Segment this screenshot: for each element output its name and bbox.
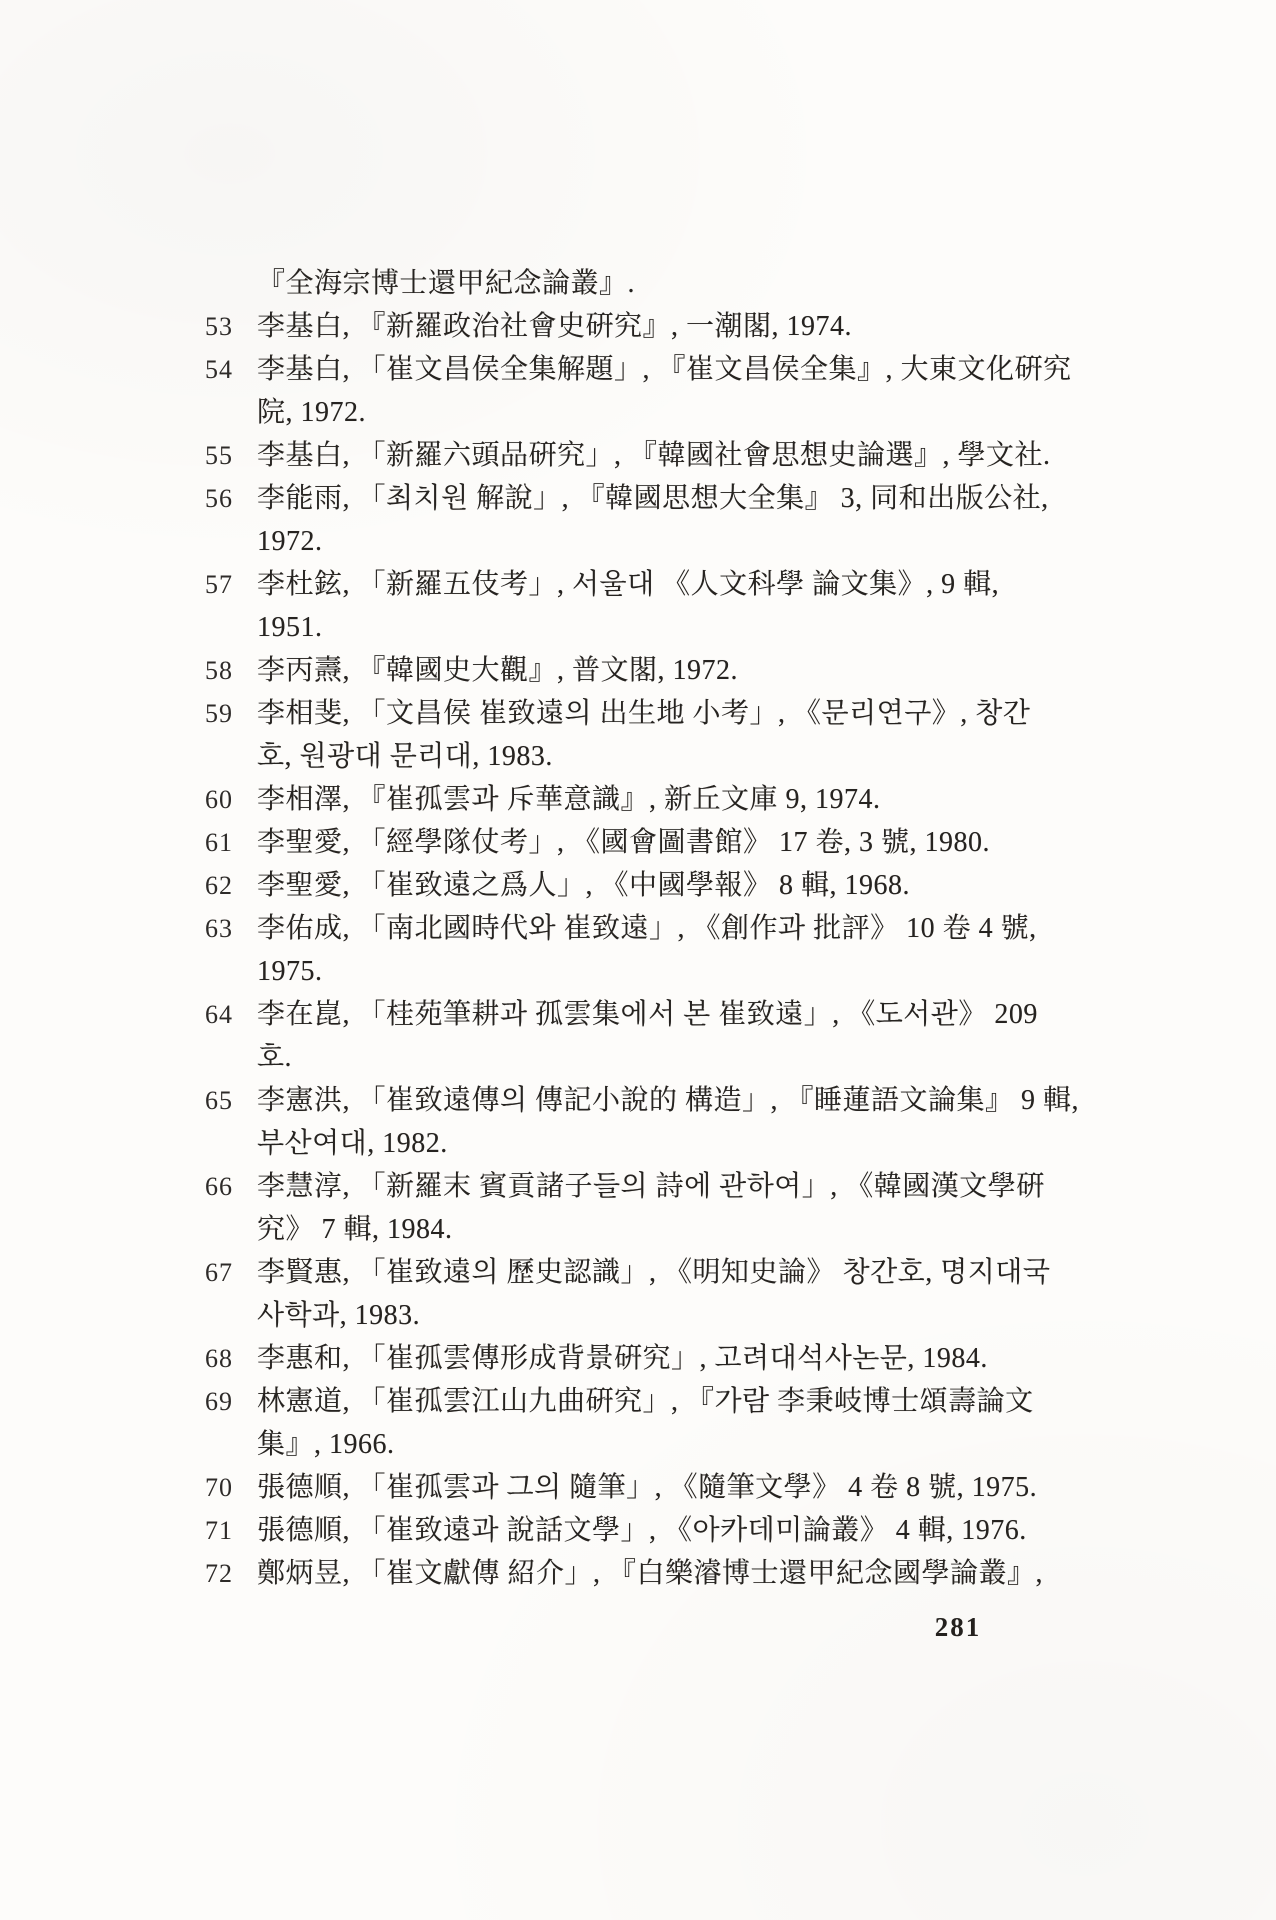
entry-line: 李在崑, 「桂苑筆耕과 孤雲集에서 본 崔致遠」, 《도서관》 209 xyxy=(257,993,1125,1036)
bibliography-entry: 60 李相澤, 『崔孤雲과 斥華意識』, 新丘文庫 9, 1974. xyxy=(205,778,1125,821)
entry-text: 李相澤, 『崔孤雲과 斥華意識』, 新丘文庫 9, 1974. xyxy=(257,778,1125,821)
entry-number: 70 xyxy=(205,1466,257,1509)
entry-text: 李相斐, 「文昌侯 崔致遠의 出生地 小考」, 《문리연구》, 창간호, 원광대… xyxy=(257,692,1125,778)
entry-line: 1975. xyxy=(257,950,1125,993)
entry-line: 『全海宗博士還甲紀念論叢』. xyxy=(257,262,1125,305)
entry-line: 1972. xyxy=(257,520,1125,563)
entry-line: 李基白, 「新羅六頭品硏究」, 『韓國社會思想史論選』, 學文社. xyxy=(257,434,1125,477)
entry-line: 李相澤, 『崔孤雲과 斥華意識』, 新丘文庫 9, 1974. xyxy=(257,778,1125,821)
entry-text: 李慧淳, 「新羅末 賓貢諸子들의 詩에 관하여」, 《韓國漢文學硏究》 7 輯,… xyxy=(257,1165,1125,1251)
entry-line: 鄭炳昱, 「崔文獻傳 紹介」, 『白樂濬博士還甲紀念國學論叢』, xyxy=(257,1552,1125,1595)
entry-line: 院, 1972. xyxy=(257,391,1125,434)
bibliography-entry: 59 李相斐, 「文昌侯 崔致遠의 出生地 小考」, 《문리연구》, 창간호, … xyxy=(205,692,1125,778)
entry-number: 58 xyxy=(205,649,257,692)
entry-number: 53 xyxy=(205,305,257,348)
bibliography-entry: 71 張德順, 「崔致遠과 說話文學」, 《아카데미論叢》 4 輯, 1976. xyxy=(205,1509,1125,1552)
bibliography-entry: 56 李能雨, 「최치원 解說」, 『韓國思想大全集』 3, 同和出版公社,19… xyxy=(205,477,1125,563)
entry-line: 究》 7 輯, 1984. xyxy=(257,1208,1125,1251)
entry-text: 張德順, 「崔孤雲과 그의 隨筆」, 《隨筆文學》 4 卷 8 號, 1975. xyxy=(257,1466,1125,1509)
entry-text: 張德順, 「崔致遠과 說話文學」, 《아카데미論叢》 4 輯, 1976. xyxy=(257,1509,1125,1552)
entry-line: 李賢惠, 「崔致遠의 歷史認識」, 《明知史論》 창간호, 명지대국 xyxy=(257,1251,1125,1294)
entry-text: 『全海宗博士還甲紀念論叢』. xyxy=(257,262,1125,305)
entry-text: 李丙燾, 『韓國史大觀』, 普文閣, 1972. xyxy=(257,649,1125,692)
entry-text: 李能雨, 「최치원 解說」, 『韓國思想大全集』 3, 同和出版公社,1972. xyxy=(257,477,1125,563)
entry-number: 62 xyxy=(205,864,257,907)
entry-line: 集』, 1966. xyxy=(257,1423,1125,1466)
entry-line: 李惠和, 「崔孤雲傳形成背景硏究」, 고려대석사논문, 1984. xyxy=(257,1337,1125,1380)
entry-text: 李在崑, 「桂苑筆耕과 孤雲集에서 본 崔致遠」, 《도서관》 209호. xyxy=(257,993,1125,1079)
bibliography-entry: 『全海宗博士還甲紀念論叢』. xyxy=(205,262,1125,305)
bibliography-entry: 62 李聖愛, 「崔致遠之爲人」, 《中國學報》 8 輯, 1968. xyxy=(205,864,1125,907)
entry-number: 56 xyxy=(205,477,257,520)
entry-text: 李基白, 「新羅六頭品硏究」, 『韓國社會思想史論選』, 學文社. xyxy=(257,434,1125,477)
entry-line: 李聖愛, 「經學隊仗考」, 《國會圖書館》 17 卷, 3 號, 1980. xyxy=(257,821,1125,864)
entry-line: 李杜鉉, 「新羅五伎考」, 서울대 《人文科學 論文集》, 9 輯, xyxy=(257,563,1125,606)
entry-line: 李基白, 「崔文昌侯全集解題」, 『崔文昌侯全集』, 大東文化硏究 xyxy=(257,348,1125,391)
bibliography-entry: 65 李憲洪, 「崔致遠傳의 傳記小說的 構造」, 『睡蓮語文論集』 9 輯,부… xyxy=(205,1079,1125,1165)
entry-text: 李基白, 『新羅政治社會史硏究』, 一潮閣, 1974. xyxy=(257,305,1125,348)
entry-text: 李佑成, 「南北國時代와 崔致遠」, 《創作과 批評》 10 卷 4 號,197… xyxy=(257,907,1125,993)
entry-number: 68 xyxy=(205,1337,257,1380)
entry-line: 李佑成, 「南北國時代와 崔致遠」, 《創作과 批評》 10 卷 4 號, xyxy=(257,907,1125,950)
bibliography-entry: 55 李基白, 「新羅六頭品硏究」, 『韓國社會思想史論選』, 學文社. xyxy=(205,434,1125,477)
entry-line: 李相斐, 「文昌侯 崔致遠의 出生地 小考」, 《문리연구》, 창간 xyxy=(257,692,1125,735)
entry-line: 사학과, 1983. xyxy=(257,1294,1125,1337)
entry-line: 호. xyxy=(257,1036,1125,1079)
bibliography-list: 『全海宗博士還甲紀念論叢』. 53 李基白, 『新羅政治社會史硏究』, 一潮閣,… xyxy=(205,262,1125,1595)
entry-text: 李聖愛, 「經學隊仗考」, 《國會圖書館》 17 卷, 3 號, 1980. xyxy=(257,821,1125,864)
entry-number: 65 xyxy=(205,1079,257,1122)
entry-number: 57 xyxy=(205,563,257,606)
entry-number: 64 xyxy=(205,993,257,1036)
bibliography-entry: 72 鄭炳昱, 「崔文獻傳 紹介」, 『白樂濬博士還甲紀念國學論叢』, xyxy=(205,1552,1125,1595)
bibliography-entry: 67 李賢惠, 「崔致遠의 歷史認識」, 《明知史論》 창간호, 명지대국사학과… xyxy=(205,1251,1125,1337)
entry-number: 63 xyxy=(205,907,257,950)
bibliography-entry: 70 張德順, 「崔孤雲과 그의 隨筆」, 《隨筆文學》 4 卷 8 號, 19… xyxy=(205,1466,1125,1509)
entry-text: 李憲洪, 「崔致遠傳의 傳記小說的 構造」, 『睡蓮語文論集』 9 輯,부산여대… xyxy=(257,1079,1125,1165)
entry-text: 鄭炳昱, 「崔文獻傳 紹介」, 『白樂濬博士還甲紀念國學論叢』, xyxy=(257,1552,1125,1595)
entry-number: 69 xyxy=(205,1380,257,1423)
entry-text: 李賢惠, 「崔致遠의 歷史認識」, 《明知史論》 창간호, 명지대국사학과, 1… xyxy=(257,1251,1125,1337)
entry-line: 1951. xyxy=(257,606,1125,649)
entry-text: 李聖愛, 「崔致遠之爲人」, 《中國學報》 8 輯, 1968. xyxy=(257,864,1125,907)
entry-number: 59 xyxy=(205,692,257,735)
bibliography-entry: 66 李慧淳, 「新羅末 賓貢諸子들의 詩에 관하여」, 《韓國漢文學硏究》 7… xyxy=(205,1165,1125,1251)
entry-line: 부산여대, 1982. xyxy=(257,1122,1125,1165)
book-page: 『全海宗博士還甲紀念論叢』. 53 李基白, 『新羅政治社會史硏究』, 一潮閣,… xyxy=(0,0,1276,1920)
entry-text: 林憲道, 「崔孤雲江山九曲硏究」, 『가람 李秉岐博士頌壽論文集』, 1966. xyxy=(257,1380,1125,1466)
bibliography-entry: 68 李惠和, 「崔孤雲傳形成背景硏究」, 고려대석사논문, 1984. xyxy=(205,1337,1125,1380)
entry-line: 李慧淳, 「新羅末 賓貢諸子들의 詩에 관하여」, 《韓國漢文學硏 xyxy=(257,1165,1125,1208)
entry-line: 호, 원광대 문리대, 1983. xyxy=(257,735,1125,778)
entry-line: 李聖愛, 「崔致遠之爲人」, 《中國學報》 8 輯, 1968. xyxy=(257,864,1125,907)
page-number: 281 xyxy=(928,1612,988,1643)
entry-number: 60 xyxy=(205,778,257,821)
bibliography-entry: 58 李丙燾, 『韓國史大觀』, 普文閣, 1972. xyxy=(205,649,1125,692)
bibliography-entry: 63 李佑成, 「南北國時代와 崔致遠」, 《創作과 批評》 10 卷 4 號,… xyxy=(205,907,1125,993)
entry-line: 李能雨, 「최치원 解說」, 『韓國思想大全集』 3, 同和出版公社, xyxy=(257,477,1125,520)
entry-text: 李惠和, 「崔孤雲傳形成背景硏究」, 고려대석사논문, 1984. xyxy=(257,1337,1125,1380)
entry-number: 61 xyxy=(205,821,257,864)
bibliography-entry: 64 李在崑, 「桂苑筆耕과 孤雲集에서 본 崔致遠」, 《도서관》 209호. xyxy=(205,993,1125,1079)
entry-number: 71 xyxy=(205,1509,257,1552)
entry-number: 72 xyxy=(205,1552,257,1595)
entry-line: 李基白, 『新羅政治社會史硏究』, 一潮閣, 1974. xyxy=(257,305,1125,348)
entry-text: 李杜鉉, 「新羅五伎考」, 서울대 《人文科學 論文集》, 9 輯,1951. xyxy=(257,563,1125,649)
bibliography-entry: 54 李基白, 「崔文昌侯全集解題」, 『崔文昌侯全集』, 大東文化硏究院, 1… xyxy=(205,348,1125,434)
bibliography-entry: 53 李基白, 『新羅政治社會史硏究』, 一潮閣, 1974. xyxy=(205,305,1125,348)
bibliography-entry: 61 李聖愛, 「經學隊仗考」, 《國會圖書館》 17 卷, 3 號, 1980… xyxy=(205,821,1125,864)
bibliography-entry: 57 李杜鉉, 「新羅五伎考」, 서울대 《人文科學 論文集》, 9 輯,195… xyxy=(205,563,1125,649)
entry-number: 66 xyxy=(205,1165,257,1208)
entry-line: 張德順, 「崔致遠과 說話文學」, 《아카데미論叢》 4 輯, 1976. xyxy=(257,1509,1125,1552)
entry-number: 54 xyxy=(205,348,257,391)
entry-number: 55 xyxy=(205,434,257,477)
entry-number: 67 xyxy=(205,1251,257,1294)
entry-line: 林憲道, 「崔孤雲江山九曲硏究」, 『가람 李秉岐博士頌壽論文 xyxy=(257,1380,1125,1423)
entry-line: 李丙燾, 『韓國史大觀』, 普文閣, 1972. xyxy=(257,649,1125,692)
bibliography-entry: 69 林憲道, 「崔孤雲江山九曲硏究」, 『가람 李秉岐博士頌壽論文集』, 19… xyxy=(205,1380,1125,1466)
entry-line: 張德順, 「崔孤雲과 그의 隨筆」, 《隨筆文學》 4 卷 8 號, 1975. xyxy=(257,1466,1125,1509)
entry-text: 李基白, 「崔文昌侯全集解題」, 『崔文昌侯全集』, 大東文化硏究院, 1972… xyxy=(257,348,1125,434)
entry-line: 李憲洪, 「崔致遠傳의 傳記小說的 構造」, 『睡蓮語文論集』 9 輯, xyxy=(257,1079,1125,1122)
